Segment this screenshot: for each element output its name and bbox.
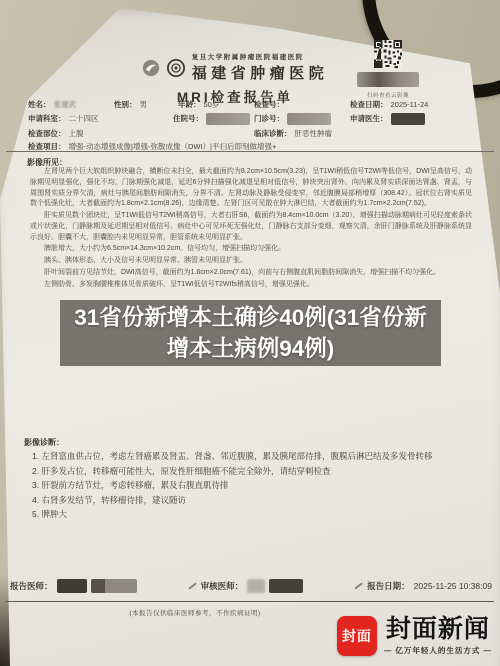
patient-row-2: 申请科室：二十四区住院号：门诊号：申请医生： (28, 113, 470, 125)
field: 检查部位：上腹 (28, 130, 254, 138)
hospital-name: 福建省肿瘤医院 (192, 62, 329, 83)
cover-news-logo: 封面 封面新闻 — 亿万年轻人的生活方式 — (337, 616, 492, 656)
diagnosis-item: 5. 脾肿大 (32, 507, 460, 522)
divider (6, 601, 494, 602)
field: 姓名：张建武 (28, 101, 114, 109)
signature-row: 报告医师： 审核医师： 报告日期： 2025-11-25 10:38:09 (10, 579, 492, 593)
findings-paragraph: 肝实质见数个团块灶，呈T1WI低信号T2WI稍高信号，大者右肝S6，截面约为8.… (30, 211, 472, 243)
hospital-logo-icon (142, 59, 160, 77)
report-date-value: 2025-11-25 10:38:09 (414, 581, 492, 591)
report-date-label: 报告日期： (367, 580, 410, 592)
headline-banner: 31省份新增本土确诊40例(31省份新增本土病例94例) (60, 300, 441, 366)
photo-of-report: 复旦大学附属肿瘤医院福建医院 福建省肿瘤医院 MRI检查报告单 扫码查看云影像 … (0, 0, 500, 666)
cover-news-slogan: — 亿万年轻人的生活方式 — (384, 645, 492, 656)
cover-news-name: 封面新闻 (384, 616, 492, 642)
diagnosis-item: 4. 右肾多发结节，转移瘤待排，建议随访 (32, 493, 460, 508)
diagnosis-label: 影像诊断： (24, 437, 64, 448)
divider (6, 151, 494, 152)
redacted-doctor-name (269, 579, 303, 593)
diagnosis-item: 2. 肝多发占位，转移瘤可能性大，原发性肝细胞癌不能完全除外，请结穿刺检查 (32, 464, 460, 479)
field: 性别：男 (114, 101, 178, 109)
diagnosis-list: 1. 左肾富血供占位，考虑左肾癌累及肾盂、肾盏、邻近腹膜，累及胰尾部待排，腹膜后… (32, 449, 460, 522)
redacted-signature (247, 579, 265, 593)
qr-zone: 扫码查看云影像 (352, 40, 424, 99)
field: 检查项目：增强-动态增强成像|增强-弥散成像（DWI）|平扫后即刻做增强+ (28, 143, 276, 151)
field: 申请医生： (350, 113, 425, 125)
patient-row-4: 检查项目：增强-动态增强成像|增强-弥散成像（DWI）|平扫后即刻做增强+ (28, 143, 470, 151)
report-doctor: 报告医师： (10, 579, 137, 593)
diagnosis-item: 3. 肝裂前方结节灶，考虑转移瘤，累及右腹直肌待排 (32, 478, 460, 493)
hospital-affiliation: 复旦大学附属肿瘤医院福建医院 (192, 52, 329, 61)
field: 年龄：50岁 (178, 101, 254, 109)
field: 检查日期：2025-11-24 (350, 101, 428, 109)
disclaimer: (本报告仅供临床医师参考，不作疾病证明) (0, 608, 390, 617)
field: 检查号： (254, 101, 350, 109)
qr-code-icon (374, 40, 402, 68)
field: 申请科室：二十四区 (28, 115, 173, 123)
hospital-header: 复旦大学附属肿瘤医院福建医院 福建省肿瘤医院 (70, 52, 400, 83)
redacted-doctor-name (91, 579, 137, 593)
review-doctor: 审核医师： (188, 579, 304, 593)
cover-news-badge: 封面 (337, 616, 377, 656)
patient-row-1: 姓名：张建武性别：男年龄：50岁检查号：检查日期：2025-11-24 (28, 101, 470, 109)
field: 住院号： (173, 113, 254, 125)
review-doctor-label: 审核医师： (201, 580, 244, 592)
pen-mark-icon (188, 583, 196, 590)
patient-row-3: 检查部位：上腹临床诊断：肝恶性肿瘤 (28, 130, 470, 138)
hospital-emblem-icon (167, 59, 185, 77)
findings-paragraph: 左侧肋骨、多发胸腰椎椎体见骨质破坏，呈T1WI低信号T2WIfs稍高信号，增强见… (30, 280, 472, 291)
diagnosis-item: 1. 左肾富血供占位，考虑左肾癌累及肾盂、肾盏、邻近腹膜，累及胰尾部待排，腹膜后… (32, 449, 460, 464)
findings-paragraph: 左肾见两个巨大软组织肿块融合，横断位未扫全，最大截面约为8.2cm×10.5cm… (30, 167, 472, 210)
headline-text: 31省份新增本土确诊40例(31省份新增本土病例94例) (66, 302, 435, 365)
patient-info: 姓名：张建武性别：男年龄：50岁检查号：检查日期：2025-11-24 申请科室… (28, 96, 470, 151)
field: 门诊号： (254, 113, 350, 125)
pen-mark-icon (355, 583, 363, 590)
report-date: 报告日期： 2025-11-25 10:38:09 (354, 580, 492, 592)
field: 临床诊断：肝恶性肿瘤 (254, 130, 332, 138)
redacted-doctor-name (57, 579, 87, 593)
redacted-id-block (357, 72, 419, 87)
findings-paragraph: 胰头、胰体形态、大小及信号未见明显异常。胰管未见明显扩张。 (30, 256, 472, 267)
findings-paragraph: 脾脏增大，大小约为6.5cm×14.3cm×10.2cm。信号均匀，增强扫描均匀… (30, 244, 472, 255)
report-doctor-label: 报告医师： (10, 580, 53, 592)
findings-text: 左肾见两个巨大软组织肿块融合，横断位未扫全，最大截面约为8.2cm×10.5cm… (30, 167, 472, 291)
findings-paragraph: 肝叶间裂前方见结节灶，DWI高信号，截面约为1.6cm×2.0cm(7.61)，… (30, 268, 472, 279)
